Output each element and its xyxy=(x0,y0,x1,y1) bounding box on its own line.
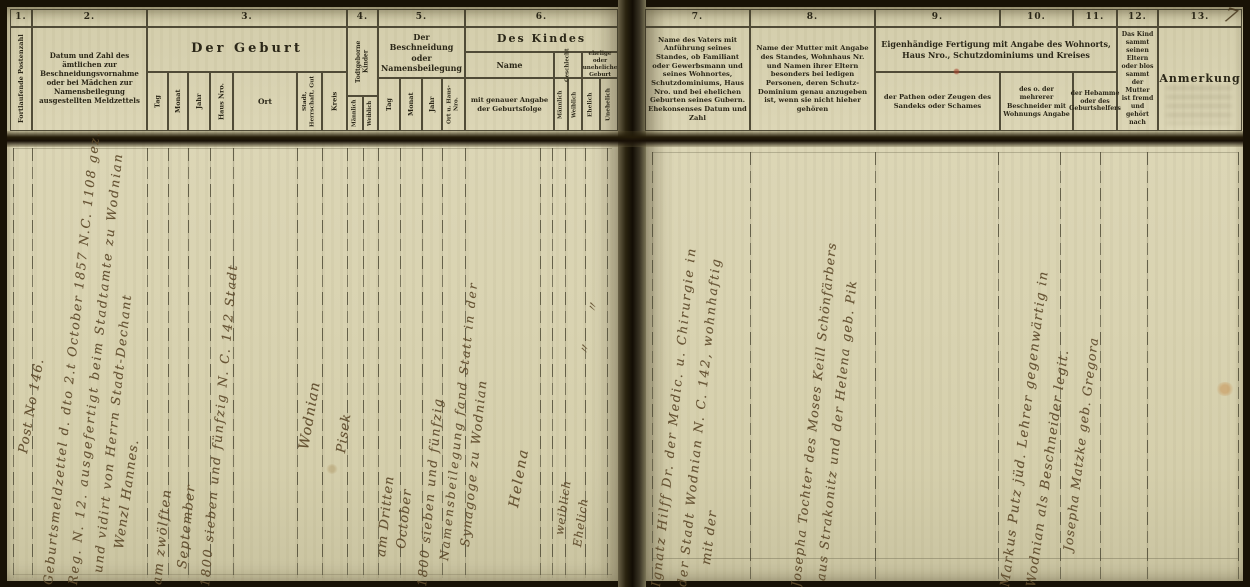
col6-label: Des Kindes xyxy=(465,27,618,52)
column-rule xyxy=(297,148,298,578)
col3-sub-ort: Ort xyxy=(233,72,297,131)
column-rule xyxy=(347,148,348,578)
col6-name-note: mit genauer Angabe der Geburtsfolge xyxy=(465,78,554,131)
col9-number: 9. xyxy=(875,9,1000,27)
col3-sub-hausnro: Haus Nro. xyxy=(210,72,233,131)
col2-number: 2. xyxy=(32,9,147,27)
col4-number: 4. xyxy=(347,9,378,27)
register-scan: 1. 2. 3. 4. 5. 6. Fortlaufende Postenzah… xyxy=(0,0,1250,587)
col11-label: der Hebamme oder des Geburtshelfers xyxy=(1073,72,1117,131)
header-body-fold-shadow xyxy=(7,131,1243,147)
book-gutter xyxy=(618,0,646,587)
col10-number: 10. xyxy=(1000,9,1073,27)
column-rule xyxy=(998,152,999,582)
col5-sub-monat: Monat xyxy=(400,78,422,131)
col7-label: Name des Vaters mit Anführung seines Sta… xyxy=(645,27,750,131)
col6-name-label: Name xyxy=(465,52,554,78)
body-top-rule xyxy=(652,152,1238,153)
column-rule xyxy=(1147,152,1148,582)
col8-label: Name der Mutter mit Angabe des Standes, … xyxy=(750,27,875,131)
col12-label: Das Kind sammt seinen Eltern oder blos s… xyxy=(1117,27,1158,131)
col6-sub-weiblich: Weiblich xyxy=(568,78,582,131)
col1-number: 1. xyxy=(10,9,32,27)
body-bottom-rule xyxy=(652,558,1238,559)
col10-label: des o. der mehrerer Beschneider mit Wohn… xyxy=(1000,72,1073,131)
col4-sub-weiblich: Weiblich xyxy=(363,96,378,131)
body-bottom-rule xyxy=(13,574,612,575)
col5-sub-ort-hausnro: Ort u. Haus-Nro. xyxy=(442,78,465,131)
column-rule xyxy=(750,152,751,582)
column-rule xyxy=(607,148,608,578)
bleed-through-ghost-text xyxy=(1166,86,1232,124)
column-rule xyxy=(147,148,148,578)
col12-number: 12. xyxy=(1117,9,1158,27)
col6-sex-label: Geschlecht xyxy=(554,52,582,78)
column-rule xyxy=(652,152,653,582)
body-top-rule xyxy=(13,148,612,149)
column-rule xyxy=(1238,152,1239,582)
col5-label: Der Beschneidung oder Namensbeilegung xyxy=(378,27,465,78)
column-rule xyxy=(13,148,14,578)
col6-sub-ehelich: Ehelich xyxy=(582,78,600,131)
column-rule xyxy=(233,148,234,578)
col4-sub-maennlich: Männlich xyxy=(347,96,363,131)
col3-sub-jahr: Jahr xyxy=(188,72,210,131)
col6-sub-maennlich: Männlich xyxy=(554,78,568,131)
col6-number: 6. xyxy=(465,9,618,27)
column-rule xyxy=(1100,152,1101,582)
column-rule xyxy=(540,148,541,578)
col7-number: 7. xyxy=(645,9,750,27)
col5-number: 5. xyxy=(378,9,465,27)
col4-label: Todtgeborne Kinder xyxy=(347,27,378,96)
col6-sub-unehelich: Unehelich xyxy=(600,78,618,131)
column-rule xyxy=(875,152,876,582)
col3-number: 3. xyxy=(147,9,347,27)
col11-number: 11. xyxy=(1073,9,1117,27)
column-rule xyxy=(363,148,364,578)
col8-number: 8. xyxy=(750,9,875,27)
col6-legit-label: ehelige oder uneheliche Geburt xyxy=(582,52,618,78)
col2-label: Datum und Zahl des ämtlichen zur Beschne… xyxy=(32,27,147,131)
col1-label: Fortlaufende Postenzahl xyxy=(10,27,32,131)
col9-11-group-label: Eigenhändige Fertigung mit Angabe des Wo… xyxy=(875,27,1117,72)
col3-sub-stadt-herrschaft-gut: Stadt, Herrschaft, Gut xyxy=(297,72,322,131)
col3-sub-monat: Monat xyxy=(168,72,188,131)
col5-sub-jahr: Jahr xyxy=(422,78,442,131)
col3-sub-kreis: Kreis xyxy=(322,72,347,131)
col9-label: der Pathen oder Zeugen des Sandeks oder … xyxy=(875,72,1000,131)
col3-label: Der Geburt xyxy=(147,27,347,72)
col3-sub-tag: Tag xyxy=(147,72,168,131)
column-rule xyxy=(552,148,553,578)
column-rule xyxy=(322,148,323,578)
col5-sub-tag: Tag xyxy=(378,78,400,131)
